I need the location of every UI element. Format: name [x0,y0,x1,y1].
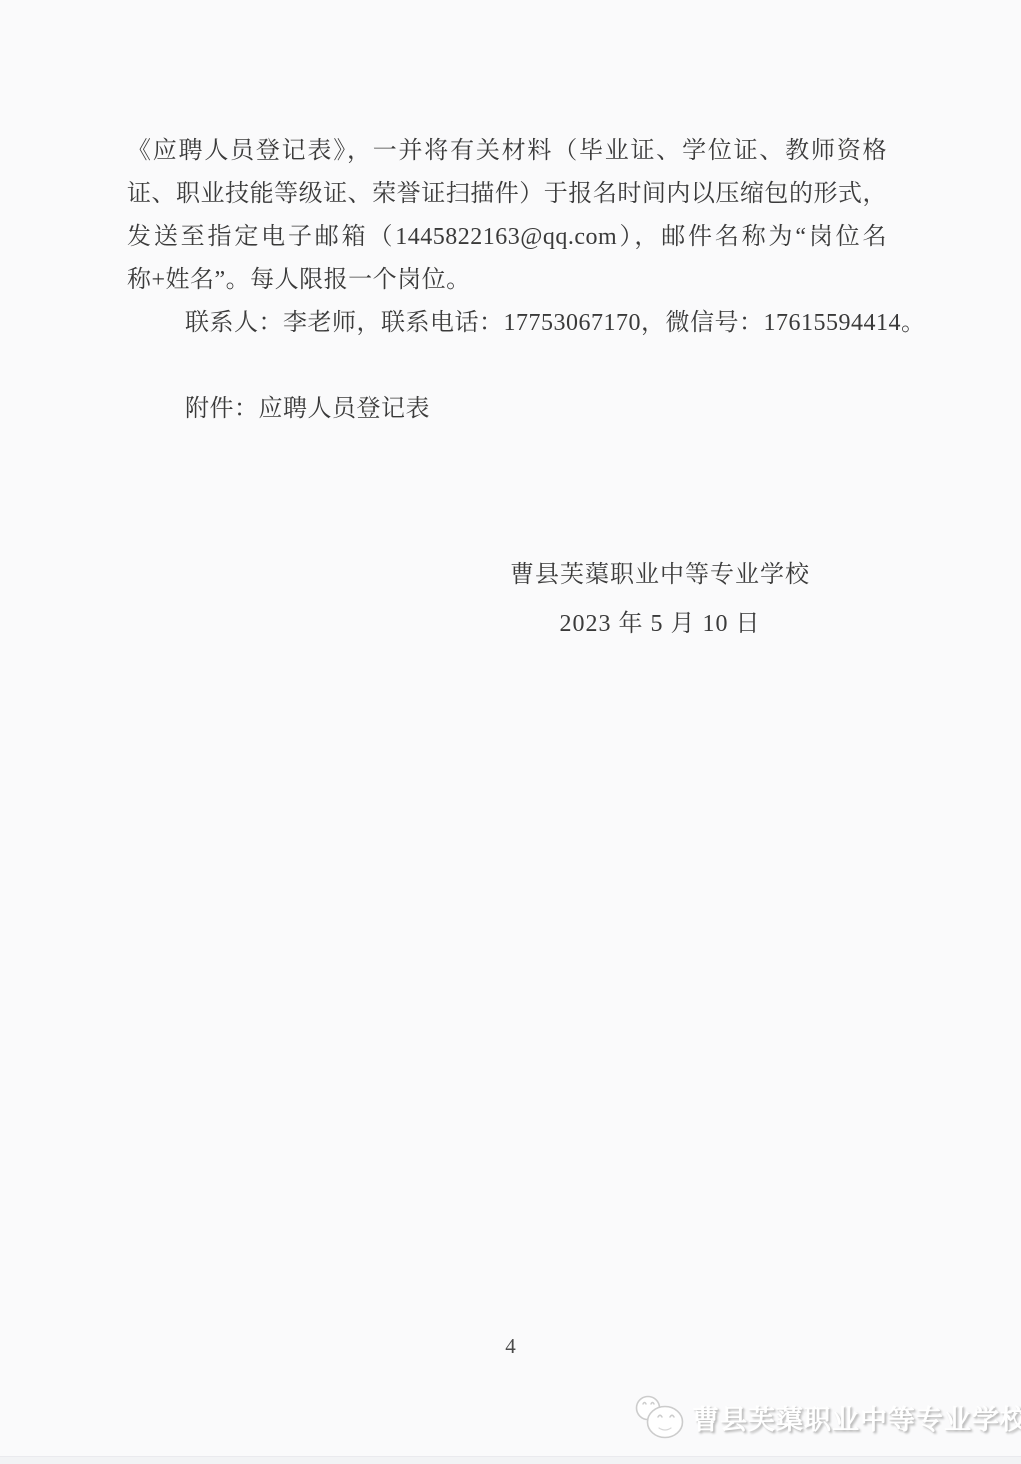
body-text-line: 发送至指定电子邮箱（1445822163@qq.com），邮件名称为“岗位名 [127,216,887,259]
body-text: 《应聘人员登记表》，一并将有关材料（毕业证、学位证、教师资格 证、职业技能等级证… [127,130,887,431]
signature-date: 2023 年 5 月 10 日 [510,607,810,641]
signature-school-name: 曹县芙蕖职业中等专业学校 [510,558,810,592]
footer-watermark: 曹县芙蕖职业中等专业学校 [632,1393,1021,1441]
school-mascot-logo-icon [632,1393,686,1441]
page-number: 4 [0,1334,1021,1359]
signature-block: 曹县芙蕖职业中等专业学校 2023 年 5 月 10 日 [510,558,810,641]
body-text-line: 证、职业技能等级证、荣誉证扫描件）于报名时间内以压缩包的形式， [127,173,887,216]
body-text-line: 称+姓名”。每人限报一个岗位。 [127,259,887,302]
body-text-line: 《应聘人员登记表》，一并将有关材料（毕业证、学位证、教师资格 [127,130,887,173]
footer-school-name: 曹县芙蕖职业中等专业学校 [692,1398,1021,1437]
document-page: 《应聘人员登记表》，一并将有关材料（毕业证、学位证、教师资格 证、职业技能等级证… [0,0,1021,1464]
bottom-strip [0,1456,1021,1464]
attachment-line: 附件：应聘人员登记表 [127,388,887,431]
blank-line [127,345,887,388]
contact-line: 联系人：李老师，联系电话：17753067170，微信号：17615594414… [127,302,887,345]
